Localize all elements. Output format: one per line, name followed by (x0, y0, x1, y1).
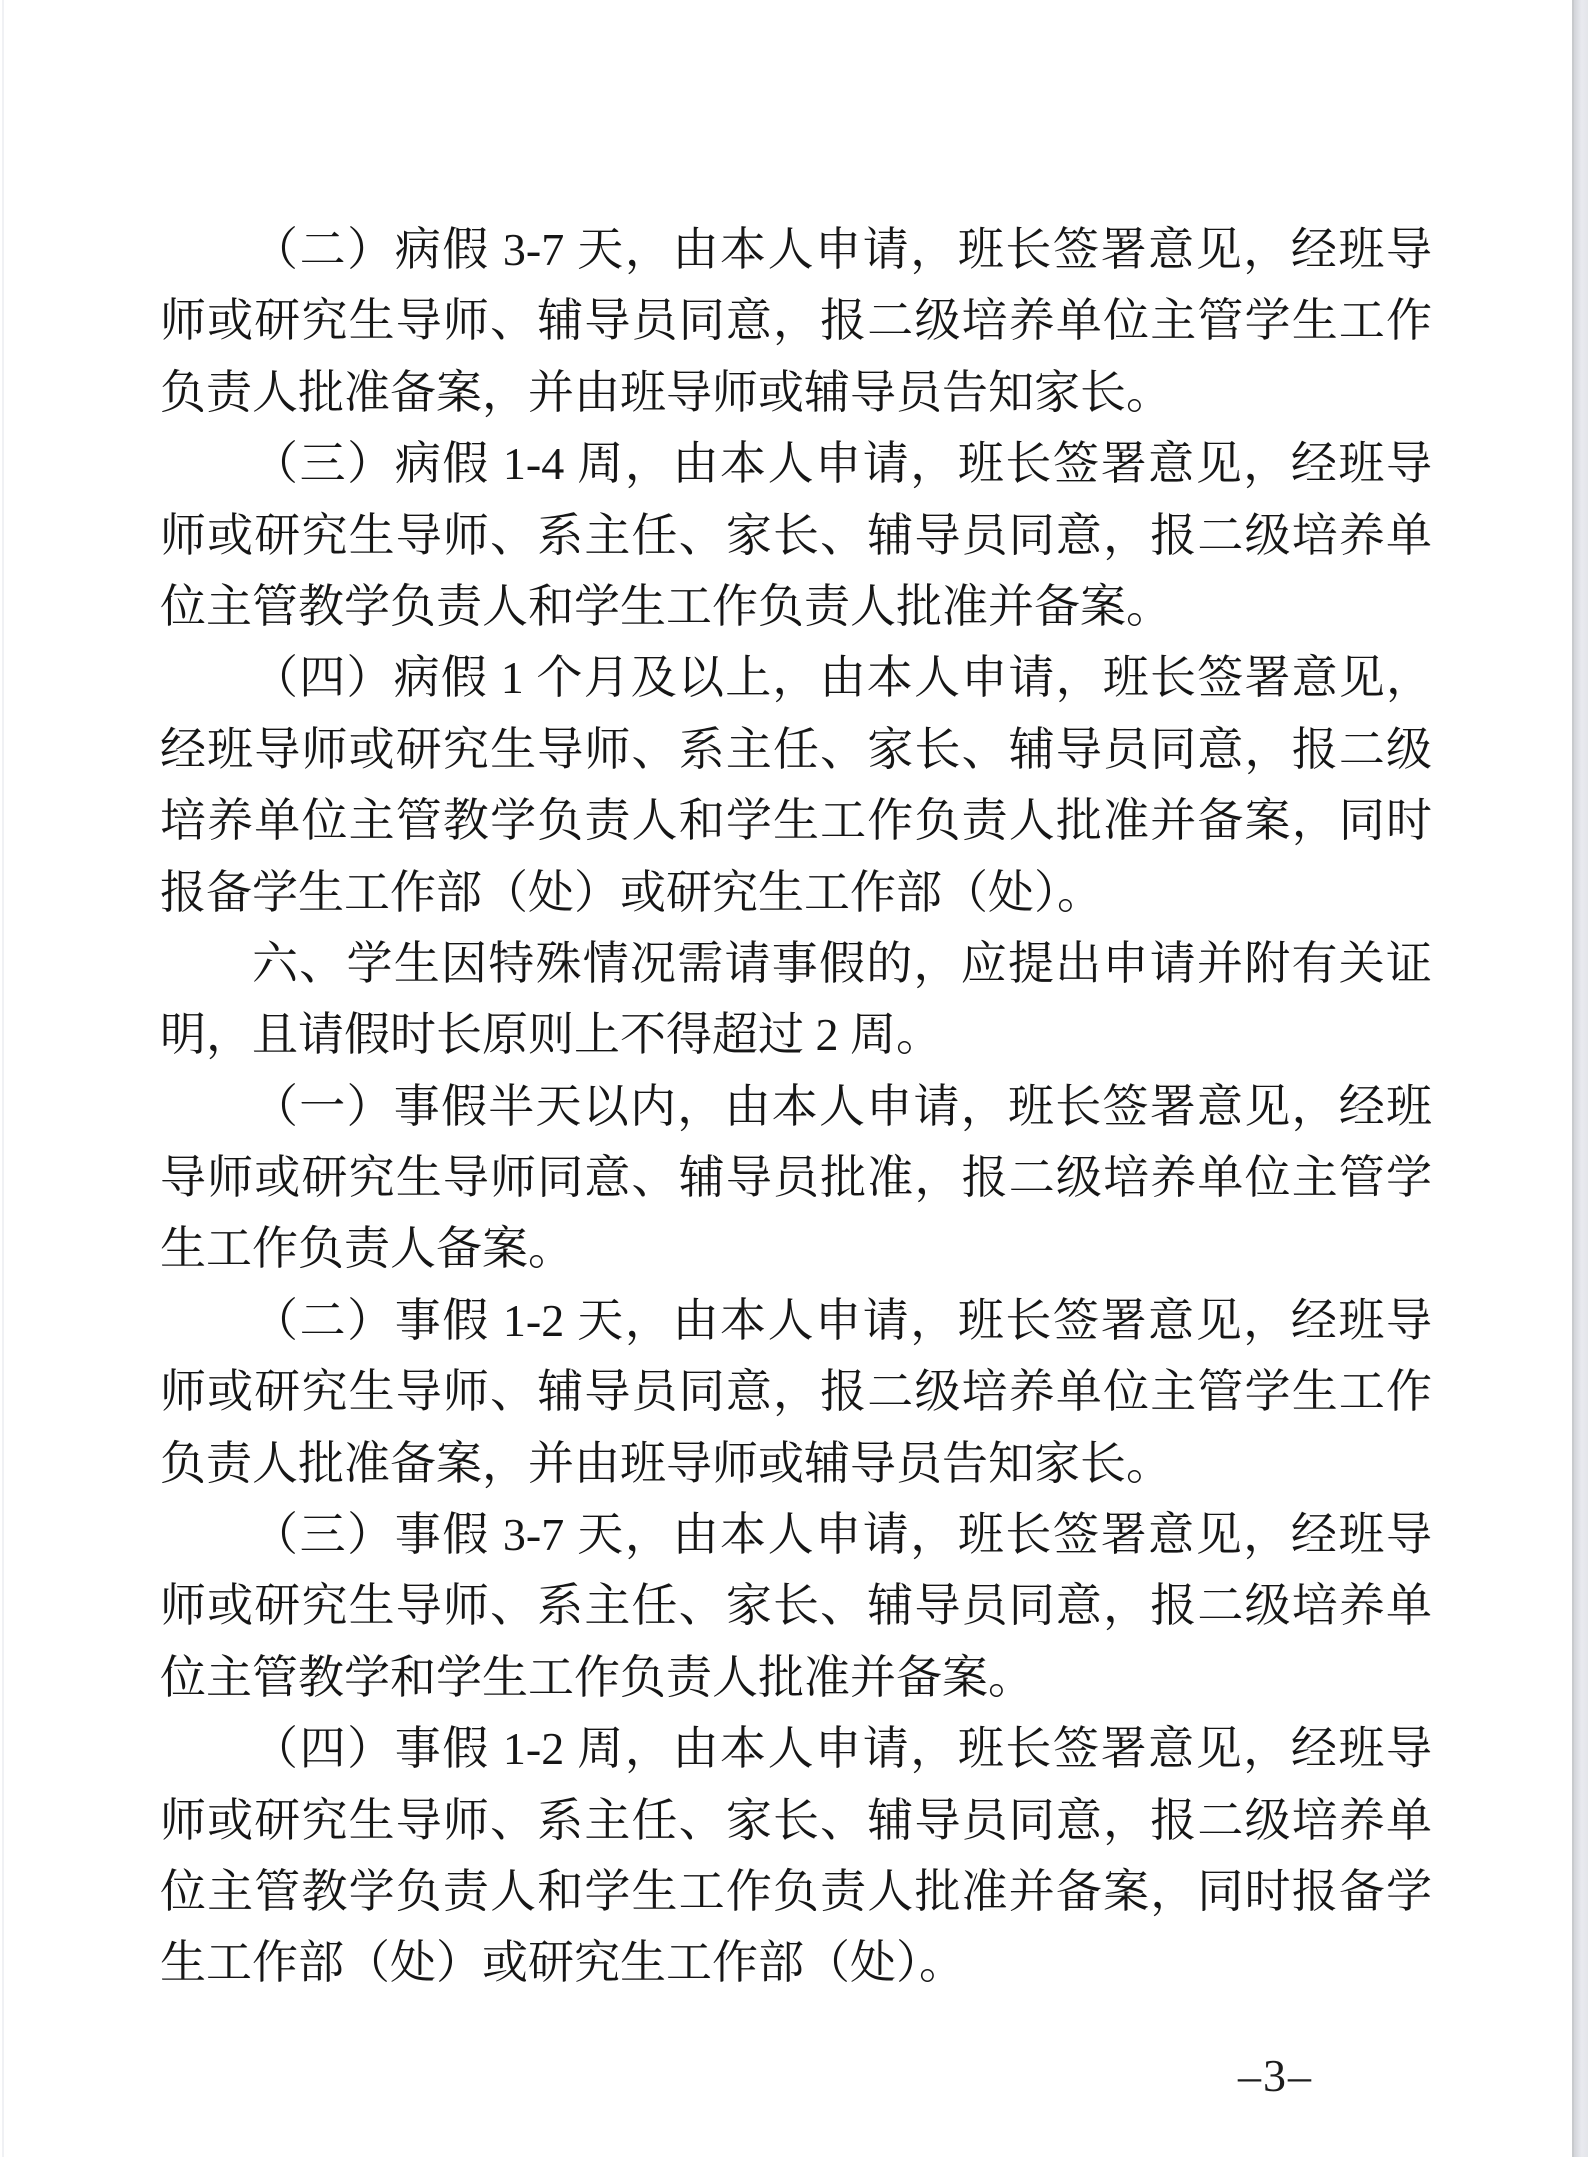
text-line: 经班导师或研究生导师、系主任、家长、辅导员同意，报二级 (160, 714, 1432, 785)
text-line: 位主管教学和学生工作负责人批准并备案。 (160, 1642, 1432, 1713)
text-line: 师或研究生导师、辅导员同意，报二级培养单位主管学生工作 (160, 1356, 1432, 1427)
page-left-edge-line (2, 0, 4, 2157)
page-edge-strip (1572, 0, 1588, 2157)
text-line: （四）事假 1-2 周，由本人申请，班长签署意见，经班导 (160, 1713, 1432, 1784)
text-line: 负责人批准备案，并由班导师或辅导员告知家长。 (160, 357, 1432, 428)
text-line: 明，且请假时长原则上不得超过 2 周。 (160, 999, 1432, 1070)
text-line: 位主管教学负责人和学生工作负责人批准并备案。 (160, 571, 1432, 642)
text-line: （三）事假 3-7 天，由本人申请，班长签署意见，经班导 (160, 1499, 1432, 1570)
text-line: 培养单位主管教学负责人和学生工作负责人批准并备案，同时 (160, 785, 1432, 856)
text-line: 师或研究生导师、辅导员同意，报二级培养单位主管学生工作 (160, 285, 1432, 356)
text-line: 报备学生工作部（处）或研究生工作部（处）。 (160, 857, 1432, 928)
text-line: （二）病假 3-7 天，由本人申请，班长签署意见，经班导 (160, 214, 1432, 285)
text-line: 负责人批准备案，并由班导师或辅导员告知家长。 (160, 1428, 1432, 1499)
text-line: 六、学生因特殊情况需请事假的，应提出申请并附有关证 (160, 928, 1432, 999)
document-page: （二）病假 3-7 天，由本人申请，班长签署意见，经班导师或研究生导师、辅导员同… (0, 0, 1588, 2157)
text-line: （二）事假 1-2 天，由本人申请，班长签署意见，经班导 (160, 1285, 1432, 1356)
page-number: –3– (1238, 2046, 1313, 2106)
text-line: 生工作负责人备案。 (160, 1213, 1432, 1284)
text-line: 生工作部（处）或研究生工作部（处）。 (160, 1927, 1432, 1998)
text-line: （三）病假 1-4 周，由本人申请，班长签署意见，经班导 (160, 428, 1432, 499)
text-line: （四）病假 1 个月及以上，由本人申请，班长签署意见， (160, 642, 1432, 713)
text-line: 位主管教学负责人和学生工作负责人批准并备案，同时报备学 (160, 1856, 1432, 1927)
text-line: 师或研究生导师、系主任、家长、辅导员同意，报二级培养单 (160, 500, 1432, 571)
text-line: 导师或研究生导师同意、辅导员批准，报二级培养单位主管学 (160, 1142, 1432, 1213)
text-line: 师或研究生导师、系主任、家长、辅导员同意，报二级培养单 (160, 1785, 1432, 1856)
document-body: （二）病假 3-7 天，由本人申请，班长签署意见，经班导师或研究生导师、辅导员同… (160, 214, 1432, 1999)
text-line: （一）事假半天以内，由本人申请，班长签署意见，经班 (160, 1071, 1432, 1142)
text-line: 师或研究生导师、系主任、家长、辅导员同意，报二级培养单 (160, 1570, 1432, 1641)
